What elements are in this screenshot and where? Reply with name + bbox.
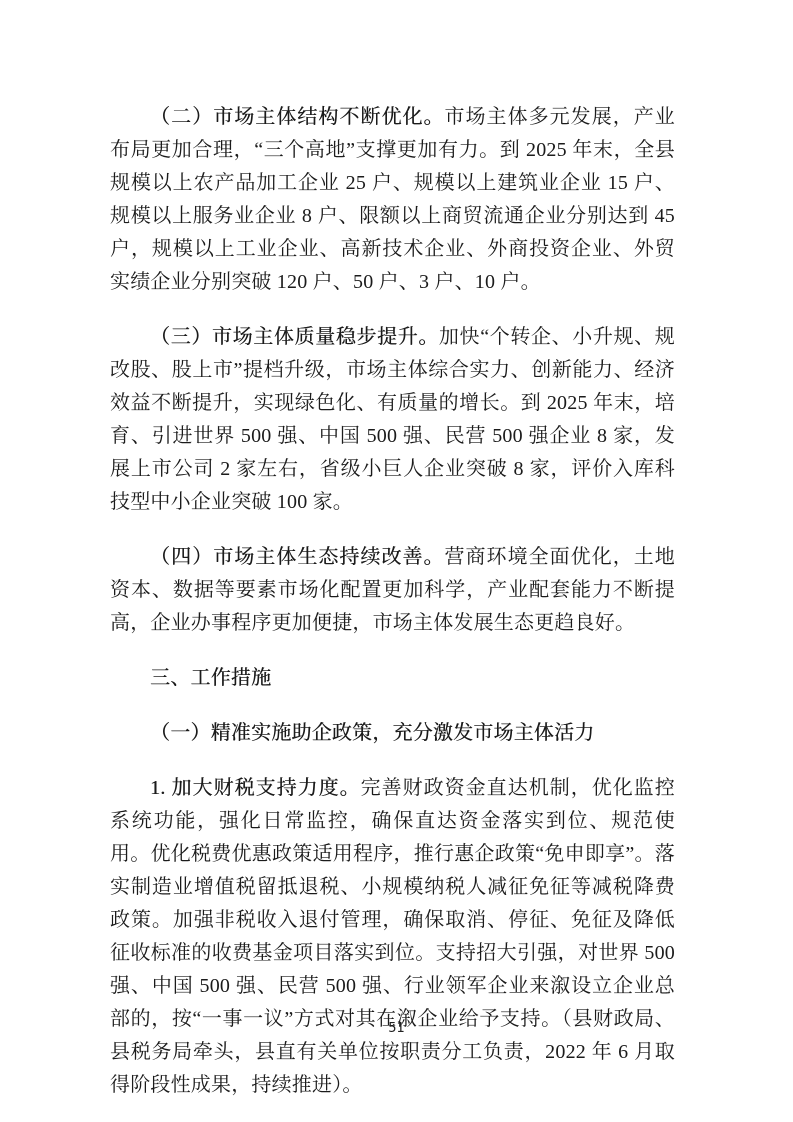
- paragraph-fiscal-support: 1. 加大财税支持力度。完善财政资金直达机制，优化监控系统功能，强化日常监控，确…: [110, 772, 675, 1102]
- paragraph-market-ecology: （四）市场主体生态持续改善。营商环境全面优化，土地资本、数据等要素市场化配置更加…: [110, 541, 675, 640]
- section-heading: 三、工作措施: [110, 662, 675, 695]
- document-page: （二）市场主体结构不断优化。市场主体多元发展，产业布局更加合理，“三个高地”支撑…: [0, 0, 793, 1122]
- paragraph-body: 加快“个转企、小升规、规改股、股上市”提档升级，市场主体综合实力、创新能力、经济…: [110, 326, 675, 513]
- subsection-heading: （一）精准实施助企政策，充分激发市场主体活力: [110, 717, 675, 750]
- page-number: 51: [0, 1021, 793, 1037]
- paragraph-lead: 1. 加大财税支持力度。: [150, 777, 361, 799]
- document-content: （二）市场主体结构不断优化。市场主体多元发展，产业布局更加合理，“三个高地”支撑…: [110, 101, 675, 1122]
- paragraph-body: 完善财政资金直达机制，优化监控系统功能，强化日常监控，确保直达资金落实到位、规范…: [110, 777, 675, 1096]
- paragraph-market-quality: （三）市场主体质量稳步提升。加快“个转企、小升规、规改股、股上市”提档升级，市场…: [110, 321, 675, 519]
- paragraph-lead: （二）市场主体结构不断优化。: [150, 106, 444, 128]
- paragraph-market-structure: （二）市场主体结构不断优化。市场主体多元发展，产业布局更加合理，“三个高地”支撑…: [110, 101, 675, 299]
- paragraph-lead: （三）市场主体质量稳步提升。: [150, 326, 439, 348]
- paragraph-lead: （四）市场主体生态持续改善。: [150, 546, 444, 568]
- paragraph-body: 市场主体多元发展，产业布局更加合理，“三个高地”支撑更加有力。到 2025 年末…: [110, 106, 675, 293]
